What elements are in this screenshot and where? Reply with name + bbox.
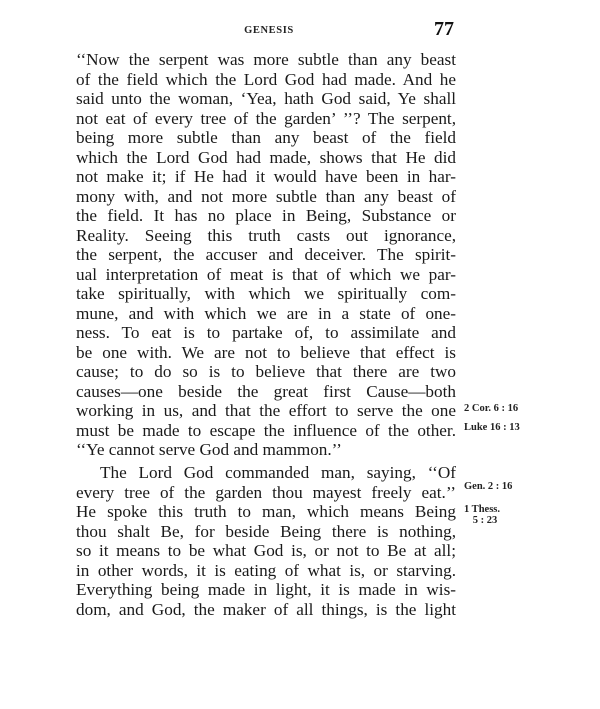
text-line: dom, and God, the maker of all things, i… bbox=[76, 600, 456, 620]
text-line: not eat of every tree of the garden’ ’’?… bbox=[76, 109, 456, 129]
text-line: Everything being made in light, it is ma… bbox=[76, 580, 456, 600]
text-line: take spiritually, with which we spiritua… bbox=[76, 284, 456, 304]
text-line: be one with. We are not to believe that … bbox=[76, 343, 456, 363]
text-line: cause; to do so is to believe that there… bbox=[76, 362, 456, 382]
text-line: Reality. Seeing this truth casts out ign… bbox=[76, 226, 456, 246]
page-number: 77 bbox=[434, 18, 454, 41]
text-line: causes—one beside the great first Cause—… bbox=[76, 382, 456, 402]
text-line: the field. It has no place in Being, Sub… bbox=[76, 206, 456, 226]
running-head: GENESIS 77 bbox=[76, 18, 456, 42]
text-line: He spoke this truth to man, which means … bbox=[76, 502, 456, 522]
margin-reference-2-cor: 2 Cor. 6 : 16 bbox=[464, 403, 518, 414]
text-line: working in us, and that the effort to se… bbox=[76, 401, 456, 421]
text-line: not make it; if He had it would have bee… bbox=[76, 167, 456, 187]
text-line: thou shalt Be, for beside Being there is… bbox=[76, 522, 456, 542]
margin-reference-verse: 5 : 23 bbox=[464, 515, 506, 526]
margin-reference-gen: Gen. 2 : 16 bbox=[464, 481, 512, 492]
text-line: of the field which the Lord God had made… bbox=[76, 70, 456, 90]
text-line: must be made to escape the influence of … bbox=[76, 421, 456, 441]
text-line: in other words, it is eating of what is,… bbox=[76, 561, 456, 581]
margin-reference-luke: Luke 16 : 13 bbox=[464, 422, 520, 433]
paragraph-2: The Lord God commanded man, saying, ‘‘Of… bbox=[76, 463, 456, 619]
text-line: ‘‘Now the serpent was more subtle than a… bbox=[76, 50, 456, 70]
margin-reference-book: 1 Thess. bbox=[464, 504, 500, 515]
text-line: ‘‘Ye cannot serve God and mammon.’’ bbox=[76, 440, 456, 460]
text-line: said unto the woman, ‘Yea, hath God said… bbox=[76, 89, 456, 109]
body-text: ‘‘Now the serpent was more subtle than a… bbox=[76, 50, 456, 619]
text-line: mony with, and not more subtle than any … bbox=[76, 187, 456, 207]
text-line: mune, and with which we are in a state o… bbox=[76, 304, 456, 324]
text-line: so it means to be what God is, or not to… bbox=[76, 541, 456, 561]
margin-reference-1-thess: 1 Thess. 5 : 23 bbox=[464, 504, 506, 526]
running-title: GENESIS bbox=[76, 25, 456, 36]
text-line: ness. To eat is to partake of, to assimi… bbox=[76, 323, 456, 343]
text-line: the serpent, the accuser and deceiver. T… bbox=[76, 245, 456, 265]
text-line: ual interpretation of meat is that of wh… bbox=[76, 265, 456, 285]
text-line: which the Lord God had made, shows that … bbox=[76, 148, 456, 168]
text-line: being more subtle than any beast of the … bbox=[76, 128, 456, 148]
text-line: every tree of the garden thou mayest fre… bbox=[76, 483, 456, 503]
text-line: The Lord God commanded man, saying, ‘‘Of bbox=[76, 463, 456, 483]
paragraph-1: ‘‘Now the serpent was more subtle than a… bbox=[76, 50, 456, 460]
